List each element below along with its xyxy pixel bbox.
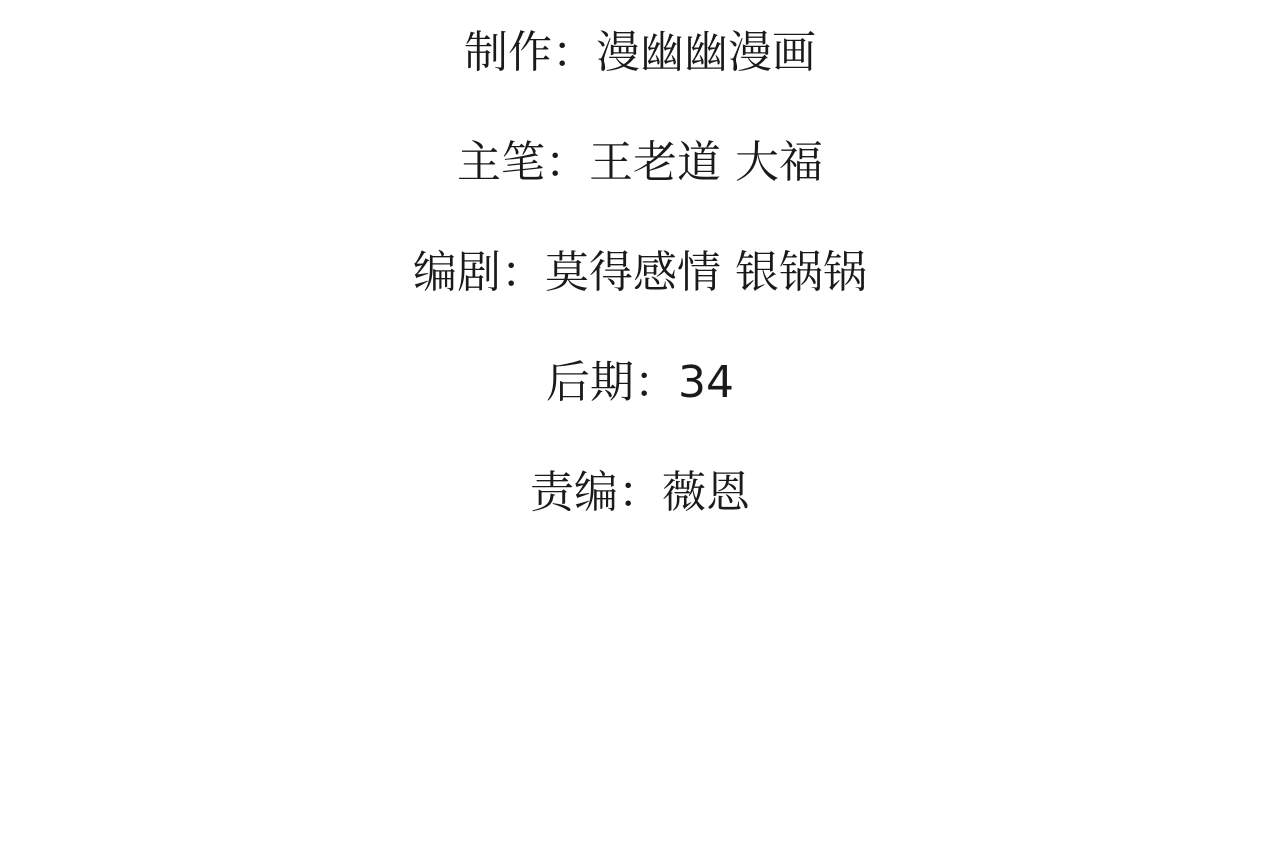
credit-separator: ： xyxy=(501,247,545,298)
credit-name: 34 xyxy=(678,357,734,408)
credit-separator: ： xyxy=(545,137,589,188)
credit-role: 制作 xyxy=(464,27,552,78)
credit-separator: ： xyxy=(618,467,662,518)
credit-name: 莫得感情 银锅锅 xyxy=(545,247,867,298)
credit-line-production: 制作：漫幽幽漫画 xyxy=(0,25,1280,81)
credit-name: 漫幽幽漫画 xyxy=(596,27,816,78)
credit-line-screenwriter: 编剧：莫得感情 银锅锅 xyxy=(0,245,1280,301)
credit-line-lead-artist: 主笔：王老道 大福 xyxy=(0,135,1280,191)
credit-name: 王老道 大福 xyxy=(589,137,823,188)
credit-role: 主笔 xyxy=(457,137,545,188)
credit-role: 编剧 xyxy=(413,247,501,298)
credit-name: 薇恩 xyxy=(662,467,750,518)
credit-separator: ： xyxy=(634,357,678,408)
credit-separator: ： xyxy=(552,27,596,78)
credit-line-post-production: 后期：34 xyxy=(0,355,1280,411)
credit-role: 后期 xyxy=(546,357,634,408)
credit-role: 责编 xyxy=(530,467,618,518)
credit-line-editor: 责编：薇恩 xyxy=(0,465,1280,521)
